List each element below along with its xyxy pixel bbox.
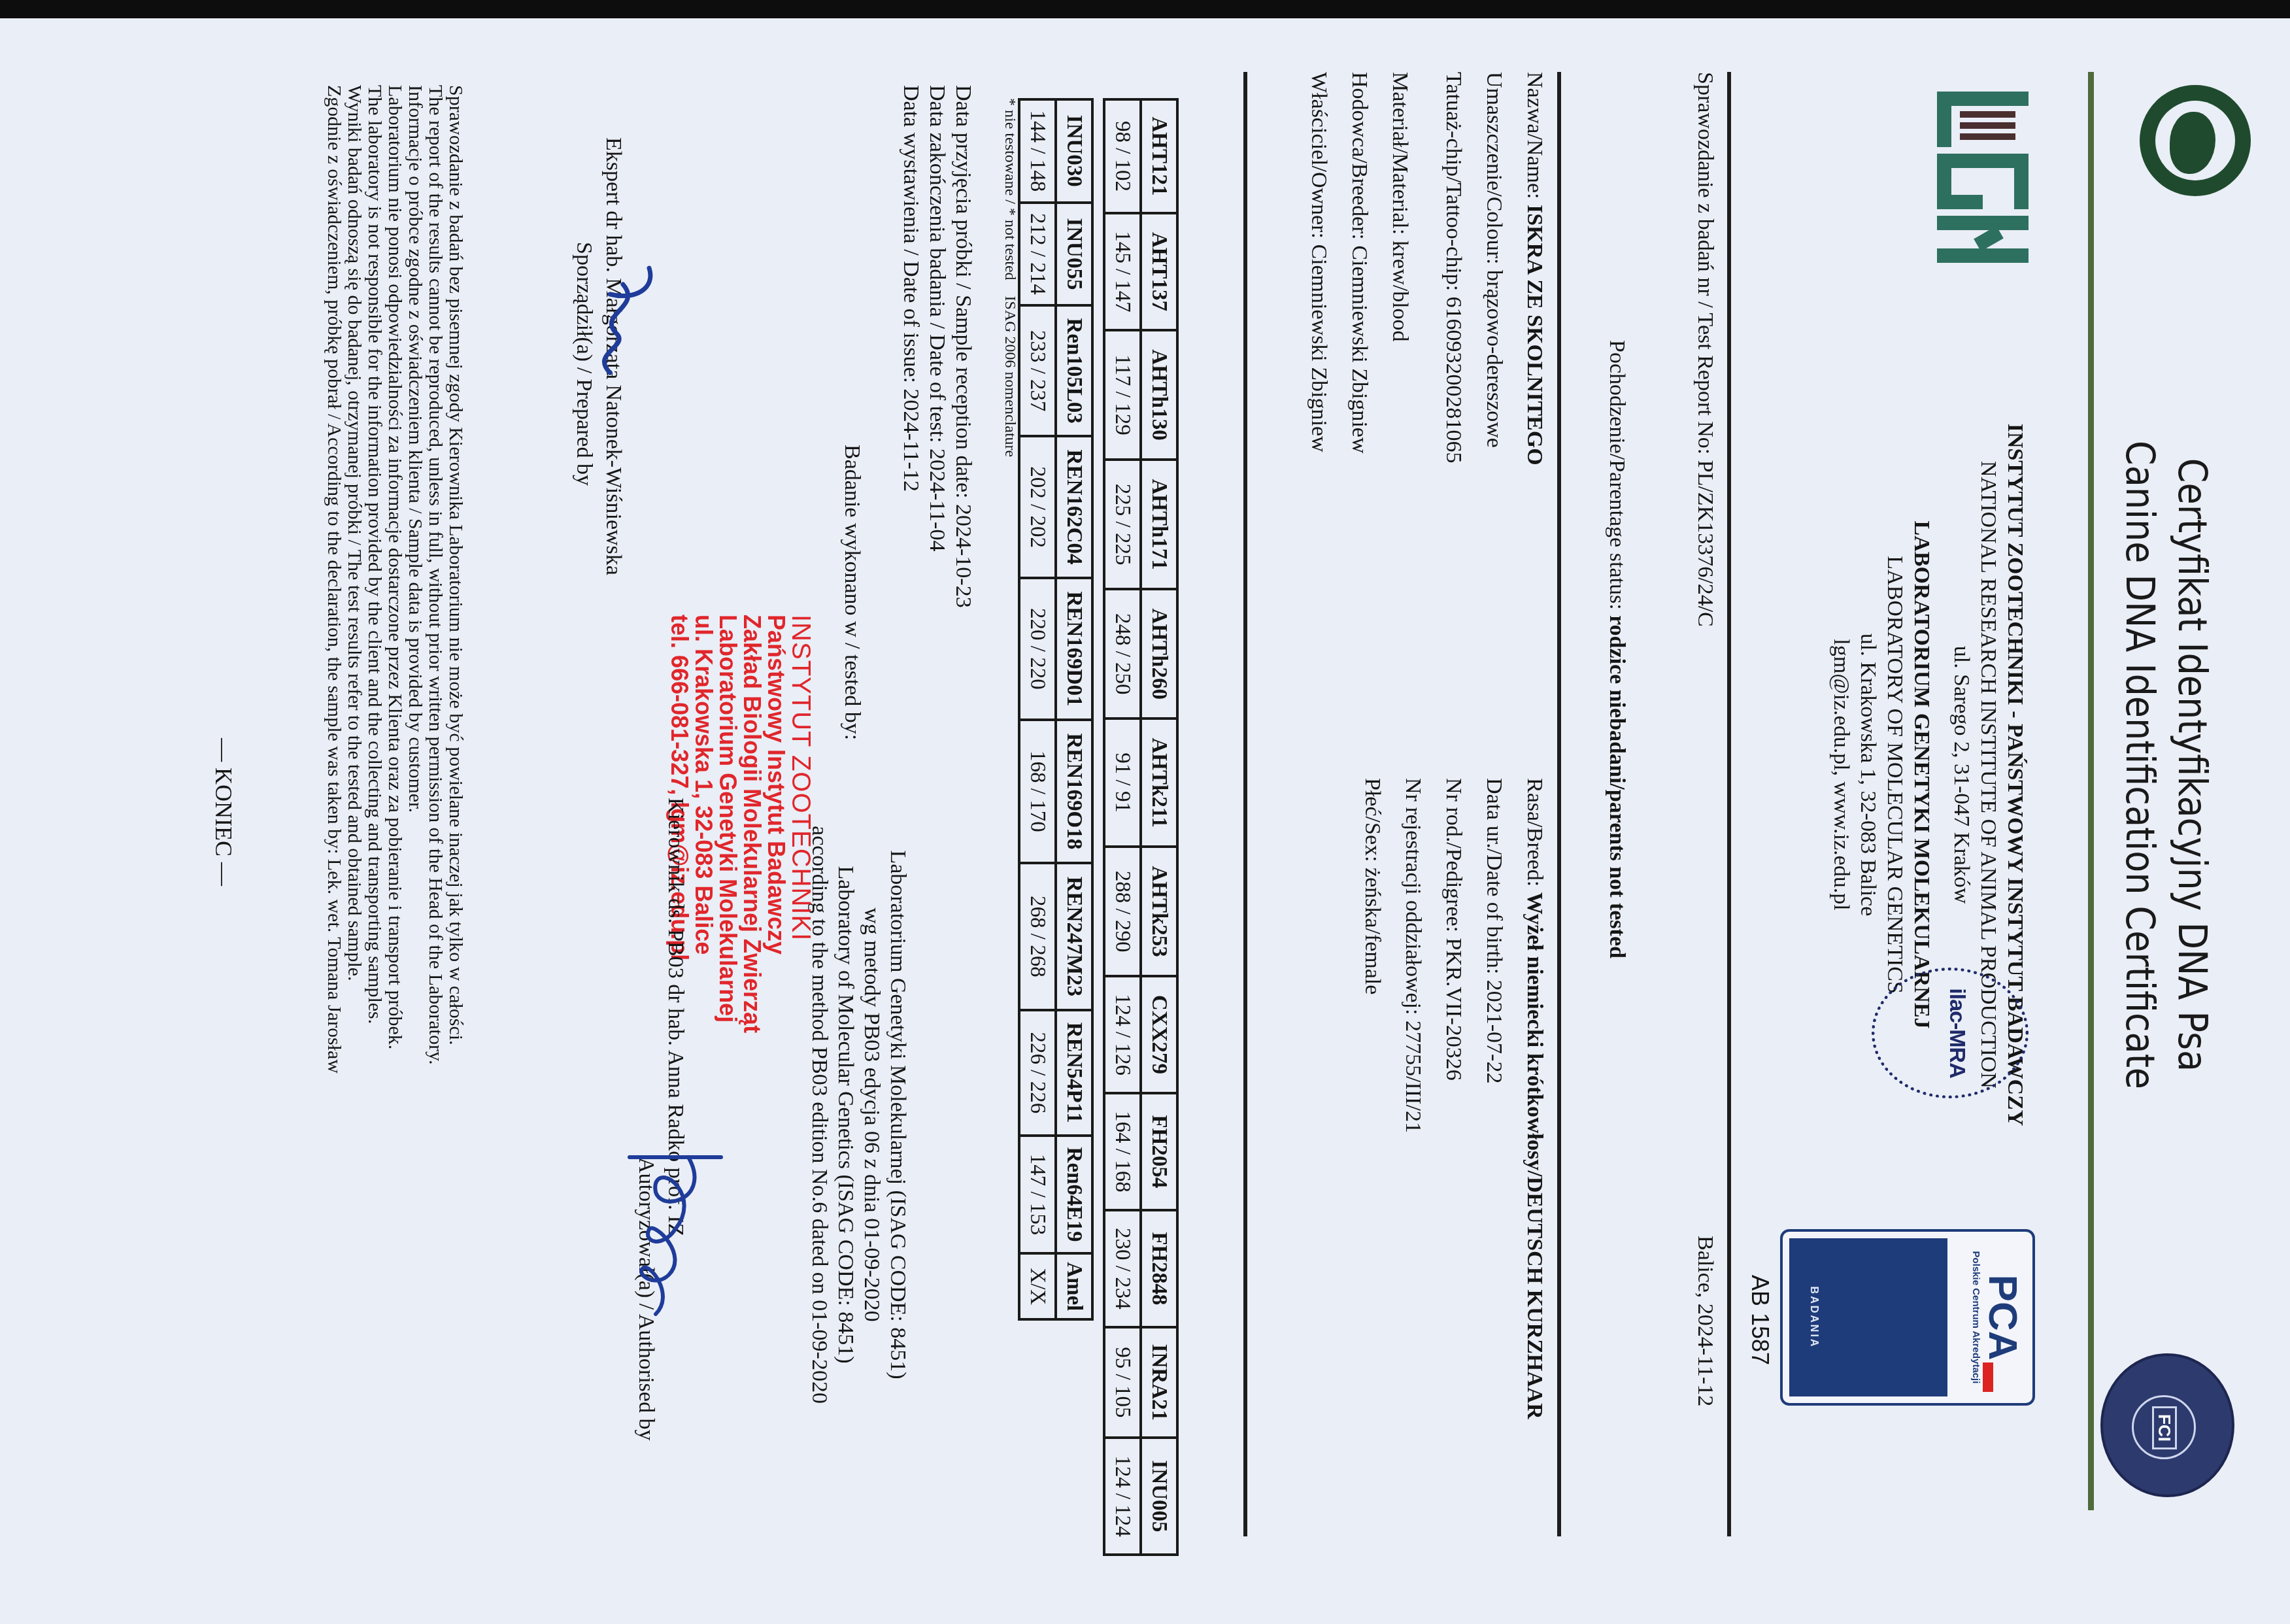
field-owner: Właściciel/Owner: Ciemniewski Zbigniew (1298, 72, 1339, 465)
registration-label: Nr rejestracji oddziałowej: (1401, 778, 1425, 1015)
dob-label: Data ur./Date of birth: (1482, 778, 1506, 974)
tested-by-lab-pl: Laboratorium Genetyki Molekularnej (ISAG… (884, 771, 911, 1458)
accreditation-number: AB 1587 (1746, 1275, 1774, 1365)
allele-cell: 95 / 105 (1104, 1327, 1141, 1438)
rule-mid (1557, 72, 1561, 1536)
report-number-line: Sprawozdanie z badań nr / Test Report No… (1692, 72, 1718, 627)
lab-name-en: LABORATORY OF MOLECULAR GENETICS (1881, 307, 1908, 1242)
rule-bottom (1243, 72, 1247, 1536)
marker-cell: REN54P11 (1056, 1010, 1092, 1135)
colour-label: Umaszczenie/Colour: (1482, 72, 1506, 265)
allele-cell: 230 / 234 (1104, 1210, 1141, 1327)
allele-cell: 248 / 250 (1104, 589, 1141, 719)
certificate-title: Certyfikat Identyfikacyjny DNA Psa Canin… (2113, 209, 2218, 1321)
allele-cell: 268 / 268 (1019, 863, 1056, 1010)
marker-cell: CXX279 (1141, 976, 1177, 1093)
dog-breeder: Ciemniewski Zbigniew (1347, 245, 1372, 453)
allele-row: 98 / 102145 / 147117 / 129225 / 225248 /… (1104, 99, 1141, 1555)
allele-cell: 226 / 226 (1019, 1010, 1056, 1135)
marker-cell: AHTh260 (1141, 589, 1177, 719)
parentage-line: Pochodzenie/Parentage status: rodzice ni… (1604, 340, 1630, 958)
signature-prepared-icon (571, 262, 662, 379)
marker-cell: Ren105L03 (1056, 305, 1092, 436)
tested-by-method-pl: wg metody PB03 edycja 06 z dnia 01-09-20… (858, 771, 884, 1458)
field-name: Nazwa/Name: ISKRA ZE SKOLNITEGO (1514, 72, 1555, 465)
dog-name: ISKRA ZE SKOLNITEGO (1523, 205, 1547, 465)
legal-line: The laboratory is not responsible for th… (365, 85, 385, 1576)
field-breed: Rasa/Breed: Wyżeł niemiecki krótkowłosy/… (1514, 778, 1555, 1419)
allele-cell: 233 / 237 (1019, 305, 1056, 436)
allele-cell: 168 / 170 (1019, 720, 1056, 863)
parentage-label: Pochodzenie/Parentage status: (1605, 340, 1629, 610)
material-label: Materiał/Material: (1388, 72, 1412, 235)
sex-label: Płeć/Sex: (1360, 778, 1385, 862)
allele-cell: 220 / 220 (1019, 578, 1056, 720)
stamp-line-4: Laboratorium Genetyki Molekularnej (716, 615, 740, 1033)
scanned-certificate-viewport: FCI Certyfikat Identyfikacyjny DNA Psa C… (0, 0, 2290, 1624)
marker-cell: AHTk211 (1141, 719, 1177, 847)
allele-cell: 212 / 214 (1019, 203, 1056, 306)
dog-pedigree: PKR.VII-20326 (1441, 938, 1466, 1081)
allele-cell: 202 / 202 (1019, 436, 1056, 578)
marker-cell: AHTh171 (1141, 460, 1177, 589)
allele-cell: X/X (1019, 1253, 1056, 1319)
parentage-value: rodzice niebadani/parents not tested (1605, 615, 1629, 958)
allele-cell: 144 / 148 (1019, 99, 1056, 203)
legal-line: Sprawozdanie z badań bez pisemnej zgody … (446, 85, 466, 1576)
legal-line: Wyniki badań odnoszą się do badanej, otr… (345, 85, 365, 1576)
date-of-test: Data zakończenia badania / Date of test:… (924, 85, 950, 608)
genotype-table-1: AHT121AHT137AHTh130AHTh171AHTh260AHTk211… (1103, 98, 1179, 1556)
legal-notes: Sprawozdanie z badań bez pisemnej zgody … (324, 85, 466, 1576)
institute-address: ul. Sarego 2, 31-047 Kraków (1948, 307, 1975, 1242)
ilac-mra-logo-icon: ilac-MRA (1872, 968, 2029, 1098)
lab-name-pl: LABORATORIUM GENETYKI MOLEKULARNEJ (1908, 307, 1935, 1242)
marker-cell: REN247M23 (1056, 863, 1092, 1010)
marker-cell: REN169D01 (1056, 578, 1092, 720)
report-number-label: Sprawozdanie z badań nr / Test Report No… (1693, 72, 1717, 454)
field-sex: Płeć/Sex: żeńska/female (1352, 778, 1392, 1419)
dog-dob: 2021-07-22 (1482, 980, 1506, 1084)
tested-by-label: Badanie wykonano w / tested by: (839, 445, 865, 740)
dog-chip: 616093200281065 (1441, 297, 1466, 464)
chip-label: Tatuaż-chip/Tattoo-chip: (1441, 72, 1466, 291)
field-pedigree: Nr rod./Pedigree: PKR.VII-20326 (1433, 778, 1473, 1419)
report-number: PL/ZK13376/24/C (1693, 460, 1717, 627)
marker-row: AHT121AHT137AHTh130AHTh171AHTh260AHTk211… (1141, 99, 1177, 1555)
dog-material: krew/blood (1388, 241, 1412, 342)
dog-right-column: Rasa/Breed: Wyżeł niemiecki krótkowłosy/… (1352, 778, 1555, 1419)
legal-line: Laboratorium nie ponosi odpowiedzialnośc… (385, 85, 405, 1576)
dog-registration: 27755/III/21 (1401, 1021, 1425, 1133)
name-label: Nazwa/Name: (1523, 72, 1547, 199)
footnote-nomenclature: ISAG 2006 nomenclature (1002, 296, 1019, 458)
field-material: Materiał/Material: krew/blood (1379, 72, 1420, 465)
owner-label: Właściciel/Owner: (1307, 72, 1331, 239)
fci-text: FCI (2152, 1406, 2177, 1449)
allele-cell: 124 / 126 (1104, 976, 1141, 1093)
marker-cell: REN162C04 (1056, 436, 1092, 578)
field-colour: Umaszczenie/Colour: brązowo-dereszowe (1473, 72, 1514, 465)
allele-cell: 145 / 147 (1104, 213, 1141, 330)
sample-reception-date: Data przyjęcia próbki / Sample reception… (950, 85, 976, 608)
zkwp-logo-icon (2140, 85, 2251, 196)
footnote-not-tested: * nie testowane / * not tested (1002, 98, 1019, 280)
dates-block: Data przyjęcia próbki / Sample reception… (898, 85, 976, 608)
pca-logo-icon: PCA Polskie Centrum Akredytacji BADANIA (1780, 1229, 2035, 1406)
marker-cell: INU030 (1056, 99, 1092, 203)
fci-logo-icon: FCI (2100, 1353, 2234, 1497)
marker-cell: FH2054 (1141, 1093, 1177, 1210)
lab-contact: lgm@iz.edu.pl, www.iz.edu.pl (1828, 307, 1855, 1242)
lgm-logo-icon (1937, 92, 2029, 262)
lab-address: ul. Krakowska 1, 32-083 Balice (1855, 307, 1881, 1242)
institute-name-en: NATIONAL RESEARCH INSTITUTE OF ANIMAL PR… (1975, 307, 2002, 1242)
scan-edge (0, 0, 2290, 18)
legal-line: Zgodnie z oświadczeniem, próbkę pobrał /… (324, 85, 345, 1576)
marker-row: INU030INU055Ren105L03REN162C04REN169D01R… (1056, 99, 1092, 1319)
marker-cell: Ren64E19 (1056, 1136, 1092, 1254)
pca-subtitle: Polskie Centrum Akredytacji (1970, 1238, 1981, 1396)
allele-cell: 288 / 290 (1104, 847, 1141, 976)
ilac-text: ilac-MRA (1944, 971, 1970, 1095)
allele-cell: 124 / 124 (1104, 1438, 1141, 1555)
field-breeder: Hodowca/Breeder: Ciemniewski Zbigniew (1339, 72, 1379, 465)
marker-cell: AHT121 (1141, 99, 1177, 213)
marker-cell: AHTh130 (1141, 330, 1177, 460)
stamp-line-5: ul. Krakowska 1, 32-083 Balice (692, 615, 716, 1033)
institute-block: INSTYTUT ZOOTECHNIKI - PAŃSTWOWY INSTYTU… (1828, 307, 2029, 1242)
allele-cell: 147 / 153 (1019, 1136, 1056, 1254)
dog-breed: Wyżeł niemiecki krótkowłosy/DEUTSCH KURZ… (1523, 892, 1547, 1419)
pca-label: BADANIA (1808, 1238, 1819, 1396)
dog-owner: Ciemniewski Zbigniew (1307, 244, 1331, 452)
allele-row: 144 / 148212 / 214233 / 237202 / 202220 … (1019, 99, 1056, 1319)
table-footnote: * nie testowane / * not tested ISAG 2006… (1001, 98, 1019, 457)
laboratory-stamp: INSTYTUT ZOOTECHNIKI Państwowy Instytut … (667, 615, 813, 1033)
allele-cell: 98 / 102 (1104, 99, 1141, 213)
date-of-issue: Data wystawienia / Date of issue: 2024-1… (898, 85, 924, 608)
legal-line: The report of the results cannot be repr… (426, 85, 446, 1576)
legal-line: Informacje o próbce zgodne z oświadczeni… (405, 85, 426, 1576)
marker-cell: Amel (1056, 1253, 1092, 1319)
marker-cell: AHT137 (1141, 213, 1177, 330)
allele-cell: 225 / 225 (1104, 460, 1141, 589)
stamp-line-2: Państwowy Instytut Badawczy (764, 615, 788, 1033)
allele-cell: 164 / 168 (1104, 1093, 1141, 1210)
title-pl: Certyfikat Identyfikacyjny DNA Psa (2166, 209, 2218, 1321)
title-en: Canine DNA Identification Certificate (2113, 209, 2166, 1321)
breed-label: Rasa/Breed: (1523, 778, 1547, 887)
certificate-page: FCI Certyfikat Identyfikacyjny DNA Psa C… (0, 0, 2290, 1624)
pedigree-label: Nr rod./Pedigree: (1441, 778, 1466, 932)
marker-cell: FH2848 (1141, 1210, 1177, 1327)
rule-top (1727, 72, 1731, 1536)
genotype-table-2: INU030INU055Ren105L03REN162C04REN169D01R… (1018, 98, 1094, 1321)
breeder-label: Hodowca/Breeder: (1347, 72, 1372, 240)
tested-by-block: Laboratorium Genetyki Molekularnej (ISAG… (806, 771, 911, 1458)
field-chip: Tatuaż-chip/Tattoo-chip: 616093200281065 (1433, 72, 1473, 465)
dog-sex: żeńska/female (1360, 868, 1385, 994)
header-green-rule (2088, 72, 2094, 1510)
marker-cell: REN169O18 (1056, 720, 1092, 863)
field-dob: Data ur./Date of birth: 2021-07-22 (1473, 778, 1514, 1419)
tested-by-lab-en: Laboratory of Molecular Genetics (ISAG C… (832, 771, 858, 1458)
allele-cell: 91 / 91 (1104, 719, 1141, 847)
marker-cell: INRA21 (1141, 1327, 1177, 1438)
allele-cell: 117 / 129 (1104, 330, 1141, 460)
institute-name-pl: INSTYTUT ZOOTECHNIKI - PAŃSTWOWY INSTYTU… (2002, 307, 2029, 1242)
marker-cell: INU055 (1056, 203, 1092, 306)
signature-authorised-icon (603, 1144, 728, 1327)
dog-left-column: Nazwa/Name: ISKRA ZE SKOLNITEGO Umaszcze… (1298, 72, 1555, 465)
place-date: Balice, 2024-11-12 (1692, 1236, 1718, 1406)
dog-colour: brązowo-dereszowe (1482, 270, 1506, 448)
stamp-line-3: Zakład Biologii Molekularnej Zwierząt (740, 615, 764, 1033)
stamp-line-1: INSTYTUT ZOOTECHNIKI (788, 615, 813, 1033)
marker-cell: INU005 (1141, 1438, 1177, 1555)
field-registration: Nr rejestracji oddziałowej: 27755/III/21 (1392, 778, 1433, 1419)
marker-cell: AHTk253 (1141, 847, 1177, 976)
end-mark: — KONIEC — (210, 0, 237, 1624)
